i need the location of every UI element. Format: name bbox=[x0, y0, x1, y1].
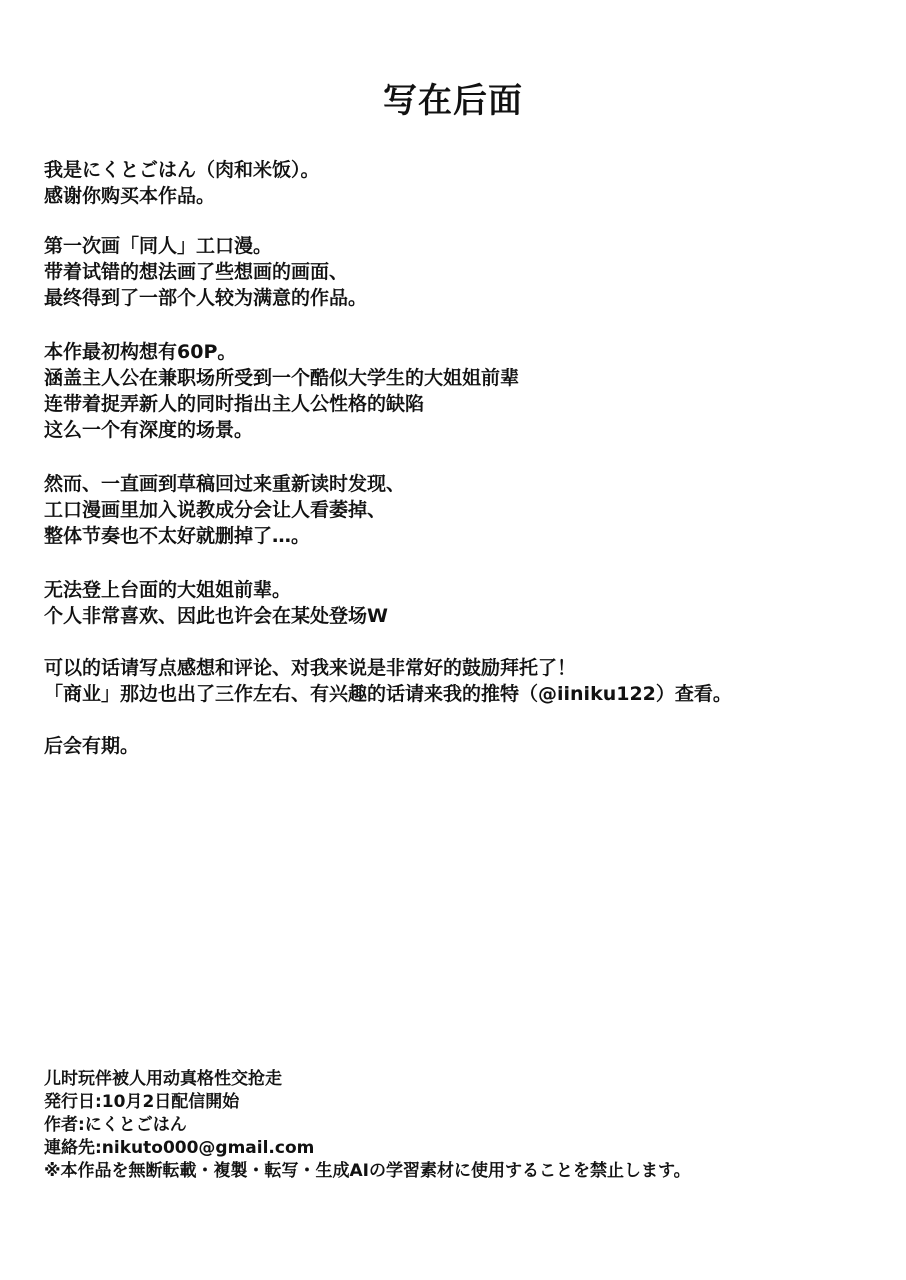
text-line: 最终得到了一部个人较为满意的作品。 bbox=[44, 285, 367, 311]
paragraph-original-plan: 本作最初构想有60P。 涵盖主人公在兼职场所受到一个酷似大学生的大姐姐前辈 连带… bbox=[44, 339, 519, 443]
paragraph-intro: 我是にくとごはん（肉和米饭）。 感谢你购买本作品。 bbox=[44, 157, 320, 209]
text-line: 后会有期。 bbox=[44, 733, 139, 759]
text-line: 这么一个有深度的场景。 bbox=[44, 417, 519, 443]
paragraph-revision: 然而、一直画到草稿回过来重新读时发现、 工口漫画里加入说教成分会让人看萎掉、 整… bbox=[44, 471, 405, 549]
text-line: 可以的话请写点感想和评论、对我来说是非常好的鼓励拜托了！ bbox=[44, 655, 732, 681]
text-line: 无法登上台面的大姐姐前辈。 bbox=[44, 577, 388, 603]
text-line: 个人非常喜欢、因此也许会在某处登场W bbox=[44, 603, 388, 629]
paragraph-senpai: 无法登上台面的大姐姐前辈。 个人非常喜欢、因此也许会在某处登场W bbox=[44, 577, 388, 629]
release-date: 発行日:10月2日配信開始 bbox=[44, 1091, 691, 1114]
page-title: 写在后面 bbox=[0, 79, 906, 123]
text-line: 「商业」那边也出了三作左右、有兴趣的话请来我的推特（@iiniku122）查看。 bbox=[44, 681, 732, 707]
paragraph-farewell: 后会有期。 bbox=[44, 733, 139, 759]
text-line: 整体节奏也不太好就删掉了…。 bbox=[44, 523, 405, 549]
text-line: 涵盖主人公在兼职场所受到一个酷似大学生的大姐姐前辈 bbox=[44, 365, 519, 391]
text-line: 我是にくとごはん（肉和米饭）。 bbox=[44, 157, 320, 183]
text-line: 然而、一直画到草稿回过来重新读时发现、 bbox=[44, 471, 405, 497]
text-line: 感谢你购买本作品。 bbox=[44, 183, 320, 209]
paragraph-first-doujin: 第一次画「同人」工口漫。 带着试错的想法画了些想画的画面、 最终得到了一部个人较… bbox=[44, 233, 367, 311]
colophon: 儿时玩伴被人用动真格性交抢走 発行日:10月2日配信開始 作者:にくとごはん 連… bbox=[44, 1068, 691, 1183]
work-title: 儿时玩伴被人用动真格性交抢走 bbox=[44, 1068, 691, 1091]
author: 作者:にくとごはん bbox=[44, 1114, 691, 1137]
text-line: 第一次画「同人」工口漫。 bbox=[44, 233, 367, 259]
paragraph-request: 可以的话请写点感想和评论、对我来说是非常好的鼓励拜托了！ 「商业」那边也出了三作… bbox=[44, 655, 732, 707]
contact-email: 連絡先:nikuto000@gmail.com bbox=[44, 1137, 691, 1160]
text-line: 连带着捉弄新人的同时指出主人公性格的缺陷 bbox=[44, 391, 519, 417]
text-line: 工口漫画里加入说教成分会让人看萎掉、 bbox=[44, 497, 405, 523]
text-line: 本作最初构想有60P。 bbox=[44, 339, 519, 365]
text-line: 带着试错的想法画了些想画的画面、 bbox=[44, 259, 367, 285]
copyright-notice: ※本作品を無断転載・複製・転写・生成AIの学習素材に使用することを禁止します。 bbox=[44, 1160, 691, 1183]
